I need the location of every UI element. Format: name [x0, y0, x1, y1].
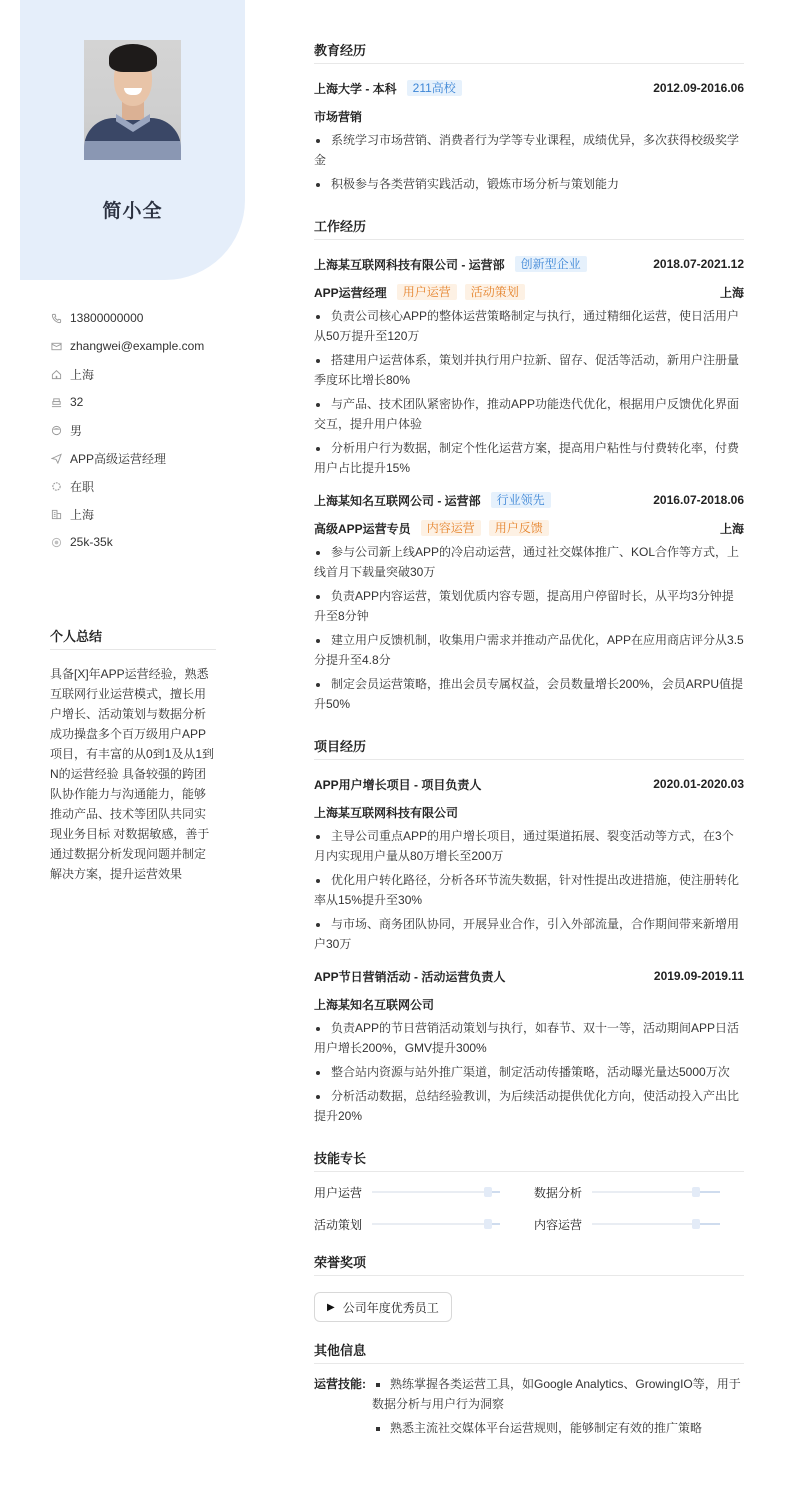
company-tag: 创新型企业	[515, 256, 587, 272]
skill-label: 数据分析	[534, 1184, 590, 1201]
other-section: 其他信息 运营技能: 熟练掌握各类运营工具，如Google Analytics、…	[314, 1340, 744, 1442]
age-icon	[50, 396, 62, 408]
skills-title: 技能专长	[314, 1148, 744, 1172]
education-section: 教育经历 上海大学 - 本科 211高校 2012.09-2016.06 市场营…	[314, 40, 744, 194]
skill-label: 用户运营	[314, 1184, 370, 1201]
work-title: 工作经历	[314, 216, 744, 240]
work-entry: 上海某互联网科技有限公司 - 运营部 创新型企业 2018.07-2021.12…	[314, 250, 744, 478]
mail-icon	[50, 340, 62, 352]
skills-section: 技能专长 用户运营 数据分析	[314, 1148, 744, 1234]
summary-title: 个人总结	[50, 626, 216, 650]
company-name: 上海某互联网科技有限公司 - 运营部	[314, 256, 505, 273]
project-date: 2019.09-2019.11	[654, 969, 744, 983]
contact-status-value: 在职	[70, 478, 94, 495]
list-item: 系统学习市场营销、消费者行为学等专业课程，成绩优异，多次获得校级奖学金	[314, 130, 744, 170]
school-tag: 211高校	[407, 80, 462, 96]
projects-title: 项目经历	[314, 736, 744, 760]
company-tag: 行业领先	[491, 492, 551, 508]
project-company: 上海某知名互联网公司	[314, 990, 744, 1018]
work-section: 工作经历 上海某互联网科技有限公司 - 运营部 创新型企业 2018.07-20…	[314, 216, 744, 714]
project-entry: APP节日营销活动 - 活动运营负责人 2019.09-2019.11 上海某知…	[314, 962, 744, 1126]
job-role: 高级APP运营专员	[314, 520, 411, 537]
honors-section: 荣誉奖项 ▶ 公司年度优秀员工	[314, 1252, 744, 1322]
skill-item: 用户运营	[314, 1182, 534, 1202]
contact-position: APP高级运营经理	[50, 444, 250, 472]
resume-page: 简小全 13800000000 zhangwei@example.com 上海	[0, 0, 794, 1486]
summary-section: 个人总结 具备[X]年APP运营经验，熟悉互联网行业运营模式，擅长用户增长、活动…	[50, 626, 216, 884]
triangle-right-icon: ▶	[327, 1302, 335, 1313]
list-item: 负责APP的节日营销活动策划与执行，如春节、双十一等，活动期间APP日活用户增长…	[314, 1018, 744, 1058]
list-item: 分析活动数据，总结经验教训，为后续活动提供优化方向，使活动投入产出比提升20%	[314, 1086, 744, 1126]
contact-position-value: APP高级运营经理	[70, 450, 166, 467]
list-item: 熟悉主流社交媒体平台运营规则，能够制定有效的推广策略	[372, 1418, 744, 1438]
other-key: 运营技能:	[314, 1374, 372, 1442]
other-title: 其他信息	[314, 1340, 744, 1364]
education-date: 2012.09-2016.06	[653, 81, 744, 95]
skill-bar	[592, 1223, 720, 1225]
role-tag: 活动策划	[465, 284, 525, 300]
education-title: 教育经历	[314, 40, 744, 64]
skill-label: 内容运营	[534, 1216, 590, 1233]
contact-phone: 13800000000	[50, 304, 250, 332]
honors-title: 荣誉奖项	[314, 1252, 744, 1276]
work-location: 上海	[720, 520, 744, 537]
skill-bar	[372, 1223, 500, 1225]
project-company: 上海某互联网科技有限公司	[314, 798, 744, 826]
contact-salary: 25k-35k	[50, 528, 250, 556]
honor-item-toggle[interactable]: ▶ 公司年度优秀员工	[314, 1292, 452, 1322]
gender-icon	[50, 424, 62, 436]
list-item: 优化用户转化路径，分析各环节流失数据，针对性提出改进措施，使注册转化率从15%提…	[314, 870, 744, 910]
skill-item: 内容运营	[534, 1214, 744, 1234]
contact-location-value: 上海	[70, 366, 94, 383]
list-item: 参与公司新上线APP的冷启动运营，通过社交媒体推广、KOL合作等方式，上线首月下…	[314, 542, 744, 582]
contact-email-value: zhangwei@example.com	[70, 339, 204, 353]
role-tag: 用户反馈	[489, 520, 549, 536]
list-item: 负责APP内容运营，策划优质内容专题，提高用户停留时长，从平均3分钟提升至8分钟	[314, 586, 744, 626]
list-item: 与市场、商务团队协同，开展异业合作，引入外部流量，合作期间带来新增用户30万	[314, 914, 744, 954]
list-item: 整合站内资源与站外推广渠道，制定活动传播策略，活动曝光量达5000万次	[314, 1062, 744, 1082]
skill-item: 活动策划	[314, 1214, 534, 1234]
summary-text: 具备[X]年APP运营经验，熟悉互联网行业运营模式，擅长用户增长、活动策划与数据…	[50, 664, 216, 884]
school-name: 上海大学 - 本科	[314, 80, 397, 97]
home-icon	[50, 368, 62, 380]
list-item: 分析用户行为数据，制定个性化运营方案，提高用户粘性与付费转化率，付费用户占比提升…	[314, 438, 744, 478]
right-column: 教育经历 上海大学 - 本科 211高校 2012.09-2016.06 市场营…	[314, 40, 744, 1460]
honor-label: 公司年度优秀员工	[343, 1299, 439, 1316]
projects-section: 项目经历 APP用户增长项目 - 项目负责人 2020.01-2020.03 上…	[314, 736, 744, 1126]
contact-list: 13800000000 zhangwei@example.com 上海 32	[50, 304, 250, 556]
status-icon	[50, 480, 62, 492]
send-icon	[50, 452, 62, 464]
profile-photo	[84, 40, 181, 160]
salary-icon	[50, 536, 62, 548]
job-role: APP运营经理	[314, 284, 387, 301]
project-entry: APP用户增长项目 - 项目负责人 2020.01-2020.03 上海某互联网…	[314, 770, 744, 954]
work-date: 2016.07-2018.06	[653, 493, 744, 507]
contact-salary-value: 25k-35k	[70, 535, 113, 549]
skill-label: 活动策划	[314, 1216, 370, 1233]
project-date: 2020.01-2020.03	[653, 777, 744, 791]
education-entry: 上海大学 - 本科 211高校 2012.09-2016.06 市场营销 系统学…	[314, 74, 744, 194]
contact-city: 上海	[50, 500, 250, 528]
list-item: 熟练掌握各类运营工具，如Google Analytics、GrowingIO等，…	[372, 1374, 744, 1414]
contact-phone-value: 13800000000	[70, 311, 143, 325]
building-icon	[50, 508, 62, 520]
profile-name: 简小全	[20, 196, 245, 223]
contact-city-value: 上海	[70, 506, 94, 523]
contact-age-value: 32	[70, 395, 83, 409]
skill-bar	[592, 1191, 720, 1193]
contact-age: 32	[50, 388, 250, 416]
role-tag: 内容运营	[421, 520, 481, 536]
contact-email: zhangwei@example.com	[50, 332, 250, 360]
skill-bar	[372, 1191, 500, 1193]
company-name: 上海某知名互联网公司 - 运营部	[314, 492, 481, 509]
list-item: 与产品、技术团队紧密协作，推动APP功能迭代优化，根据用户反馈优化界面交互，提升…	[314, 394, 744, 434]
contact-gender: 男	[50, 416, 250, 444]
contact-location: 上海	[50, 360, 250, 388]
contact-gender-value: 男	[70, 422, 82, 439]
work-date: 2018.07-2021.12	[653, 257, 744, 271]
contact-status: 在职	[50, 472, 250, 500]
role-tag: 用户运营	[397, 284, 457, 300]
phone-icon	[50, 312, 62, 324]
work-entry: 上海某知名互联网公司 - 运营部 行业领先 2016.07-2018.06 高级…	[314, 486, 744, 714]
project-name: APP节日营销活动 - 活动运营负责人	[314, 968, 505, 985]
work-location: 上海	[720, 284, 744, 301]
list-item: 负责公司核心APP的整体运营策略制定与执行，通过精细化运营，使日活用户从50万提…	[314, 306, 744, 346]
project-name: APP用户增长项目 - 项目负责人	[314, 776, 481, 793]
list-item: 制定会员运营策略，推出会员专属权益，会员数量增长200%，会员ARPU值提升50…	[314, 674, 744, 714]
list-item: 积极参与各类营销实践活动，锻炼市场分析与策划能力	[314, 174, 744, 194]
major: 市场营销	[314, 102, 744, 130]
skill-item: 数据分析	[534, 1182, 744, 1202]
list-item: 搭建用户运营体系，策划并执行用户拉新、留存、促活等活动，新用户注册量季度环比增长…	[314, 350, 744, 390]
list-item: 主导公司重点APP的用户增长项目，通过渠道拓展、裂变活动等方式，在3个月内实现用…	[314, 826, 744, 866]
list-item: 建立用户反馈机制，收集用户需求并推动产品优化，APP在应用商店评分从3.5分提升…	[314, 630, 744, 670]
